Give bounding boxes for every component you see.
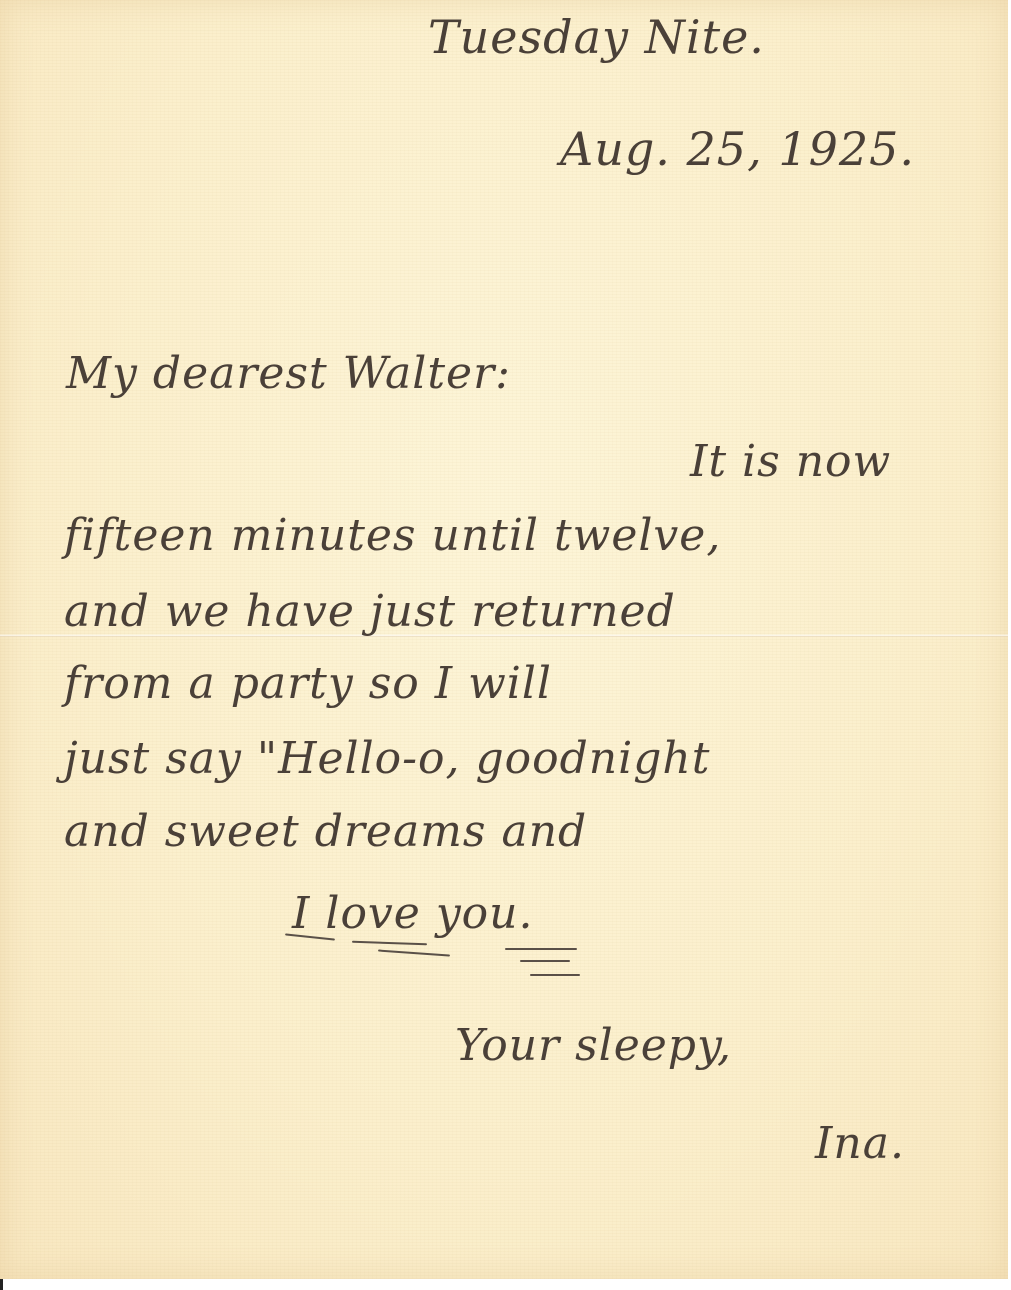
- letter-date: Aug. 25, 1925.: [560, 126, 915, 172]
- body-line-1: It is now: [690, 440, 891, 484]
- body-line-2: fifteen minutes until twelve,: [64, 514, 721, 558]
- signature: Ina.: [815, 1122, 905, 1166]
- emphasis-i-love-you: I love you.: [292, 892, 533, 936]
- letter-day: Tuesday Nite.: [428, 14, 765, 60]
- body-line-6: and sweet dreams and: [64, 810, 587, 854]
- body-line-5: just say "Hello-o, goodnight: [64, 737, 710, 781]
- letter-page: Tuesday Nite. Aug. 25, 1925. My dearest …: [0, 0, 1008, 1279]
- emphasis-underline-3: [378, 949, 450, 956]
- emphasis-underline-5: [520, 960, 570, 962]
- closing: Your sleepy,: [455, 1024, 732, 1068]
- emphasis-underline-2: [352, 941, 427, 946]
- salutation: My dearest Walter:: [66, 352, 511, 396]
- emphasis-underline-4: [505, 948, 577, 950]
- scan-edge-mark: [0, 1279, 3, 1290]
- body-line-4: from a party so I will: [64, 662, 552, 706]
- emphasis-underline-6: [530, 974, 580, 976]
- body-line-3: and we have just returned: [64, 590, 676, 634]
